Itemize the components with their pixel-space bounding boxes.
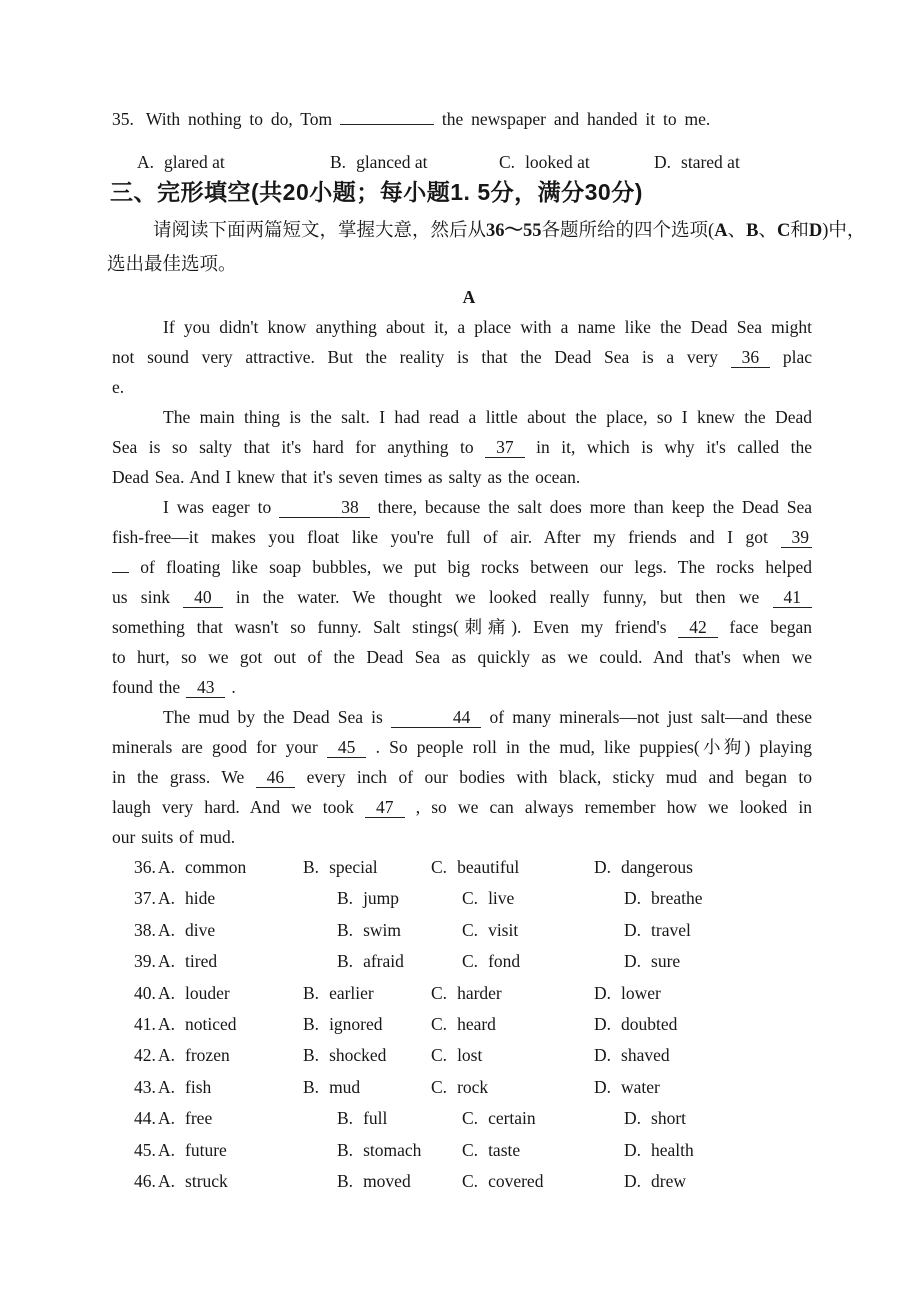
option-text: swim xyxy=(363,920,401,940)
section-instructions: 请阅读下面两篇短文，掌握大意，然后从36～55各题所给的四个选项(A、B、C和D… xyxy=(112,214,812,282)
blank-43: 43 xyxy=(186,678,226,698)
option-label: B. xyxy=(337,1171,353,1191)
option-text: taste xyxy=(488,1140,520,1160)
option-label: C. xyxy=(431,857,447,877)
option-text: travel xyxy=(651,920,691,940)
option-label: B. xyxy=(337,1108,353,1128)
option-text: stomach xyxy=(363,1140,421,1160)
option-a: A.tired xyxy=(158,946,217,977)
option-text: fish xyxy=(185,1077,211,1097)
option-label: C. xyxy=(462,1171,478,1191)
option-label: C. xyxy=(462,951,478,971)
blank-line xyxy=(112,553,129,573)
option-text: breathe xyxy=(651,888,703,908)
passage-line: found the 43 . xyxy=(112,672,812,702)
option-text: live xyxy=(488,888,514,908)
question-number: 37. xyxy=(134,883,156,914)
passage-line: I was eager to 38 there, because the sal… xyxy=(112,492,812,522)
option-text: shocked xyxy=(329,1045,386,1065)
option-a: A.common xyxy=(158,852,246,883)
option-label: D. xyxy=(594,1045,611,1065)
option-label: D. xyxy=(594,1077,611,1097)
option-text: covered xyxy=(488,1171,543,1191)
exam-page: 35.With nothing to do, Tom the newspaper… xyxy=(0,0,920,1302)
option-b: B.afraid xyxy=(337,946,404,977)
question-number: 45. xyxy=(134,1135,156,1166)
option-d: D.stared at xyxy=(654,146,740,178)
passage-line: our suits of mud. xyxy=(112,822,812,852)
passage-line: laugh very hard. And we took 47 , so we … xyxy=(112,792,812,822)
blank-40: 40 xyxy=(183,588,223,608)
question-42-row: 42.A.frozenB.shockedC.lostD.shaved xyxy=(134,1040,812,1071)
question-number: 44. xyxy=(134,1103,156,1134)
passage-line: Dead Sea. And I knew that it's seven tim… xyxy=(112,462,812,492)
option-text: dangerous xyxy=(621,857,693,877)
option-text: noticed xyxy=(185,1014,237,1034)
option-a: A.hide xyxy=(158,883,215,914)
question-number: 38. xyxy=(134,915,156,946)
option-label: B. xyxy=(303,857,319,877)
option-b: B.jump xyxy=(337,883,399,914)
option-c: C.live xyxy=(462,883,514,914)
bold-text: D xyxy=(809,221,822,241)
option-text: hide xyxy=(185,888,215,908)
option-text: visit xyxy=(488,920,518,940)
passage-line: Sea is so salty that it's hard for anyth… xyxy=(112,432,812,462)
option-label: C. xyxy=(499,152,515,172)
passage-line: e. xyxy=(112,372,812,402)
option-text: shaved xyxy=(621,1045,670,1065)
option-b: B.earlier xyxy=(303,978,374,1009)
option-label: D. xyxy=(624,1140,641,1160)
option-label: A. xyxy=(158,1014,175,1034)
option-d: D.water xyxy=(594,1072,660,1103)
passage-line: of floating like soap bubbles, we put bi… xyxy=(112,552,812,582)
option-label: B. xyxy=(303,983,319,1003)
option-a: A.fish xyxy=(158,1072,211,1103)
option-label: B. xyxy=(303,1077,319,1097)
question-45-row: 45.A.futureB.stomachC.tasteD.health xyxy=(134,1135,812,1166)
option-label: B. xyxy=(337,951,353,971)
option-a: A.glared at xyxy=(137,146,225,178)
option-c: C.visit xyxy=(462,915,518,946)
option-c: C.heard xyxy=(431,1009,496,1040)
option-label: C. xyxy=(431,1077,447,1097)
option-label: A. xyxy=(158,1077,175,1097)
section-header: 三、完形填空(共20小题；每小题1. 5分，满分30分) xyxy=(110,176,812,208)
option-label: A. xyxy=(158,1108,175,1128)
option-text: fond xyxy=(488,951,520,971)
option-text: water xyxy=(621,1077,660,1097)
option-b: B.swim xyxy=(337,915,401,946)
option-label: B. xyxy=(330,152,346,172)
option-label: C. xyxy=(462,920,478,940)
blank-36: 36 xyxy=(731,348,771,368)
bold-text: 36～55 xyxy=(486,221,542,241)
option-label: D. xyxy=(594,983,611,1003)
question-35: 35.With nothing to do, Tom the newspaper… xyxy=(112,104,812,135)
option-label: A. xyxy=(158,1171,175,1191)
blank-line xyxy=(340,105,434,125)
option-d: D.shaved xyxy=(594,1040,670,1071)
question-number: 41. xyxy=(134,1009,156,1040)
question-37-row: 37.A.hideB.jumpC.liveD.breathe xyxy=(134,883,812,914)
option-text: looked at xyxy=(525,152,590,172)
question-39-row: 39.A.tiredB.afraidC.fondD.sure xyxy=(134,946,812,977)
option-d: D.breathe xyxy=(624,883,703,914)
option-text: earlier xyxy=(329,983,374,1003)
option-text: special xyxy=(329,857,378,877)
option-text: rock xyxy=(457,1077,488,1097)
option-label: D. xyxy=(624,1108,641,1128)
option-text: stared at xyxy=(681,152,740,172)
option-label: A. xyxy=(158,983,175,1003)
passage-line: The mud by the Dead Sea is 44 of many mi… xyxy=(112,702,812,732)
option-text: short xyxy=(651,1108,686,1128)
option-label: D. xyxy=(594,1014,611,1034)
option-c: C.covered xyxy=(462,1166,543,1197)
cloze-options-list: 36.A.commonB.specialC.beautifulD.dangero… xyxy=(134,852,812,1197)
bold-text: C xyxy=(777,221,790,241)
option-text: beautiful xyxy=(457,857,519,877)
option-label: B. xyxy=(303,1014,319,1034)
option-label: C. xyxy=(462,1140,478,1160)
option-b: B.glanced at xyxy=(330,146,427,178)
question-number: 40. xyxy=(134,978,156,1009)
option-a: A.dive xyxy=(158,915,215,946)
option-text: doubted xyxy=(621,1014,677,1034)
option-text: mud xyxy=(329,1077,360,1097)
passage-line: minerals are good for your 45 . So peopl… xyxy=(112,732,812,762)
option-text: heard xyxy=(457,1014,496,1034)
option-label: A. xyxy=(158,951,175,971)
option-a: A.future xyxy=(158,1135,227,1166)
option-label: D. xyxy=(594,857,611,877)
option-d: D.drew xyxy=(624,1166,686,1197)
option-text: drew xyxy=(651,1171,686,1191)
option-c: C.lost xyxy=(431,1040,482,1071)
option-b: B.moved xyxy=(337,1166,411,1197)
option-c: C.taste xyxy=(462,1135,520,1166)
option-label: C. xyxy=(462,1108,478,1128)
blank-42: 42 xyxy=(678,618,718,638)
blank-46: 46 xyxy=(256,768,296,788)
question-36-row: 36.A.commonB.specialC.beautifulD.dangero… xyxy=(134,852,812,883)
option-text: struck xyxy=(185,1171,228,1191)
option-label: B. xyxy=(337,920,353,940)
passage-line: to hurt, so we got out of the Dead Sea a… xyxy=(112,642,812,672)
option-text: dive xyxy=(185,920,215,940)
option-a: A.noticed xyxy=(158,1009,237,1040)
option-text: lost xyxy=(457,1045,482,1065)
option-label: A. xyxy=(137,152,154,172)
question-40-row: 40.A.louderB.earlierC.harderD.lower xyxy=(134,978,812,1009)
cloze-passage: If you didn't know anything about it, a … xyxy=(112,312,812,852)
question-35-text: With nothing to do, Tom the newspaper an… xyxy=(146,109,710,129)
option-c: C.rock xyxy=(431,1072,488,1103)
option-d: D.short xyxy=(624,1103,686,1134)
option-b: B.special xyxy=(303,852,378,883)
option-c: C.harder xyxy=(431,978,502,1009)
option-label: A. xyxy=(158,857,175,877)
option-text: ignored xyxy=(329,1014,382,1034)
option-text: louder xyxy=(185,983,230,1003)
option-text: glanced at xyxy=(356,152,427,172)
option-d: D.doubted xyxy=(594,1009,677,1040)
passage-line: something that wasn't so funny. Salt sti… xyxy=(112,612,812,642)
option-text: common xyxy=(185,857,246,877)
passage-label: A xyxy=(112,282,812,312)
option-d: D.lower xyxy=(594,978,661,1009)
passage-line: The main thing is the salt. I had read a… xyxy=(112,402,812,432)
bold-text: B xyxy=(746,221,758,241)
blank-39: 39 xyxy=(781,528,813,548)
option-label: D. xyxy=(624,951,641,971)
option-label: D. xyxy=(624,920,641,940)
option-label: A. xyxy=(158,888,175,908)
option-text: certain xyxy=(488,1108,536,1128)
option-text: full xyxy=(363,1108,387,1128)
passage-line: in the grass. We 46 every inch of our bo… xyxy=(112,762,812,792)
option-label: C. xyxy=(462,888,478,908)
passage-line: fish-free—it makes you float like you're… xyxy=(112,522,812,552)
question-35-number: 35. xyxy=(112,109,134,129)
option-c: C.certain xyxy=(462,1103,536,1134)
question-number: 42. xyxy=(134,1040,156,1071)
question-46-row: 46.A.struckB.movedC.coveredD.drew xyxy=(134,1166,812,1197)
blank-47: 47 xyxy=(365,798,405,818)
option-text: sure xyxy=(651,951,680,971)
option-d: D.travel xyxy=(624,915,691,946)
question-38-row: 38.A.diveB.swimC.visitD.travel xyxy=(134,915,812,946)
blank-45: 45 xyxy=(327,738,367,758)
option-d: D.dangerous xyxy=(594,852,693,883)
option-text: afraid xyxy=(363,951,404,971)
instructions-line-2: 选出最佳选项。 xyxy=(107,248,812,282)
option-text: tired xyxy=(185,951,217,971)
option-text: glared at xyxy=(164,152,225,172)
option-label: B. xyxy=(303,1045,319,1065)
option-b: B.stomach xyxy=(337,1135,421,1166)
passage-line: us sink 40 in the water. We thought we l… xyxy=(112,582,812,612)
option-text: jump xyxy=(363,888,399,908)
option-label: C. xyxy=(431,983,447,1003)
option-label: B. xyxy=(337,888,353,908)
question-41-row: 41.A.noticedB.ignoredC.heardD.doubted xyxy=(134,1009,812,1040)
question-number: 39. xyxy=(134,946,156,977)
question-44-row: 44.A.freeB.fullC.certainD.short xyxy=(134,1103,812,1134)
passage-line: If you didn't know anything about it, a … xyxy=(112,312,812,342)
option-c: C.beautiful xyxy=(431,852,519,883)
blank-38: 38 xyxy=(279,498,370,518)
option-label: D. xyxy=(624,1171,641,1191)
instructions-line-1: 请阅读下面两篇短文，掌握大意，然后从36～55各题所给的四个选项(A、B、C和D… xyxy=(112,214,812,248)
option-b: B.mud xyxy=(303,1072,360,1103)
option-b: B.ignored xyxy=(303,1009,383,1040)
option-d: D.health xyxy=(624,1135,694,1166)
option-c: C.looked at xyxy=(499,146,590,178)
option-label: A. xyxy=(158,1045,175,1065)
option-a: A.frozen xyxy=(158,1040,230,1071)
question-35-options-row: A.glared atB.glanced atC.looked atD.star… xyxy=(112,146,812,178)
blank-44: 44 xyxy=(391,708,482,728)
option-c: C.fond xyxy=(462,946,520,977)
question-43-row: 43.A.fishB.mudC.rockD.water xyxy=(134,1072,812,1103)
question-number: 46. xyxy=(134,1166,156,1197)
option-text: harder xyxy=(457,983,502,1003)
question-number: 43. xyxy=(134,1072,156,1103)
option-text: moved xyxy=(363,1171,411,1191)
blank-41: 41 xyxy=(773,588,813,608)
option-text: frozen xyxy=(185,1045,230,1065)
option-label: B. xyxy=(337,1140,353,1160)
option-a: A.free xyxy=(158,1103,212,1134)
passage-line: not sound very attractive. But the reali… xyxy=(112,342,812,372)
option-text: free xyxy=(185,1108,212,1128)
bold-text: A xyxy=(714,221,727,241)
question-number: 36. xyxy=(134,852,156,883)
option-label: C. xyxy=(431,1014,447,1034)
blank-37: 37 xyxy=(485,438,525,458)
option-label: D. xyxy=(624,888,641,908)
option-label: C. xyxy=(431,1045,447,1065)
option-a: A.louder xyxy=(158,978,230,1009)
option-label: D. xyxy=(654,152,671,172)
option-text: health xyxy=(651,1140,694,1160)
option-text: future xyxy=(185,1140,227,1160)
option-a: A.struck xyxy=(158,1166,228,1197)
option-label: A. xyxy=(158,920,175,940)
option-label: A. xyxy=(158,1140,175,1160)
option-d: D.sure xyxy=(624,946,680,977)
option-b: B.shocked xyxy=(303,1040,386,1071)
option-b: B.full xyxy=(337,1103,387,1134)
option-text: lower xyxy=(621,983,661,1003)
